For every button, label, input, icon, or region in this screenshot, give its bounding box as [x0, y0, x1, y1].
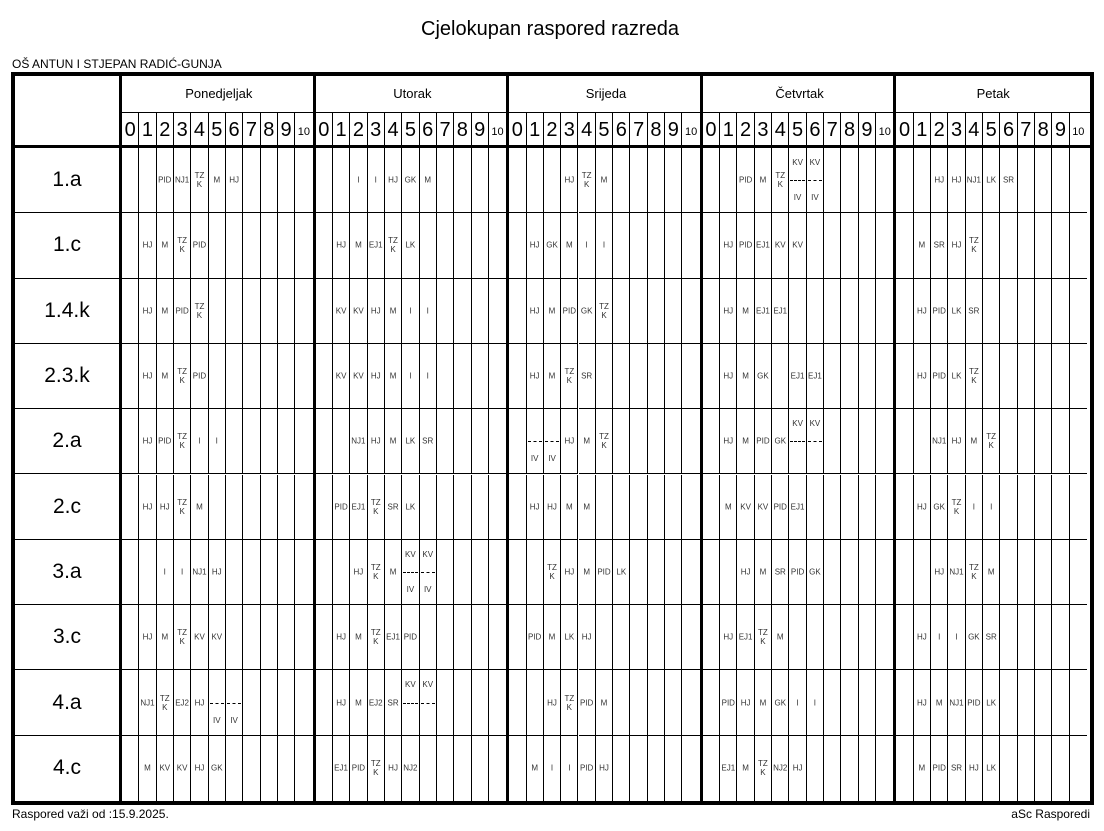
- lesson-cell[interactable]: [983, 213, 1000, 278]
- lesson-cell[interactable]: HJ: [966, 736, 983, 801]
- lesson-cell[interactable]: HJ: [914, 344, 931, 409]
- lesson-cell[interactable]: [859, 148, 876, 213]
- lesson-cell[interactable]: KV: [755, 475, 772, 540]
- lesson-cell[interactable]: [333, 148, 350, 213]
- lesson-cell[interactable]: TZ K: [174, 475, 191, 540]
- lesson-cell[interactable]: [489, 148, 506, 213]
- lesson-cell[interactable]: [243, 605, 260, 670]
- lesson-cell[interactable]: [454, 344, 471, 409]
- lesson-cell[interactable]: TZ K: [561, 670, 578, 735]
- lesson-cell[interactable]: [1052, 475, 1069, 540]
- lesson-cell[interactable]: NJ1: [948, 540, 965, 605]
- lesson-cell[interactable]: [316, 670, 333, 735]
- lesson-cell[interactable]: M: [561, 475, 578, 540]
- lesson-cell[interactable]: [1000, 736, 1017, 801]
- lesson-cell[interactable]: [316, 475, 333, 540]
- lesson-cell[interactable]: HJ: [737, 540, 754, 605]
- lesson-cell[interactable]: [859, 344, 876, 409]
- lesson-cell[interactable]: HJ: [368, 409, 385, 474]
- lesson-cell[interactable]: [527, 540, 544, 605]
- lesson-cell[interactable]: [1070, 213, 1087, 278]
- lesson-cell[interactable]: [896, 409, 913, 474]
- lesson-cell[interactable]: [122, 736, 139, 801]
- lesson-cell[interactable]: [665, 409, 682, 474]
- lesson-cell[interactable]: HJ: [720, 605, 737, 670]
- lesson-cell[interactable]: [278, 605, 295, 670]
- lesson-cell[interactable]: KV: [772, 213, 789, 278]
- lesson-cell[interactable]: PID: [579, 670, 596, 735]
- lesson-cell[interactable]: IV: [209, 670, 226, 735]
- lesson-cell[interactable]: [509, 409, 526, 474]
- lesson-cell[interactable]: [122, 213, 139, 278]
- lesson-cell[interactable]: [703, 736, 720, 801]
- lesson-cell[interactable]: [613, 475, 630, 540]
- lesson-cell[interactable]: EJ1: [368, 213, 385, 278]
- lesson-cell[interactable]: [648, 279, 665, 344]
- lesson-cell[interactable]: HJ: [157, 475, 174, 540]
- lesson-cell[interactable]: LK: [402, 213, 419, 278]
- lesson-cell[interactable]: [1070, 736, 1087, 801]
- lesson-cell[interactable]: [278, 475, 295, 540]
- lesson-cell[interactable]: [1018, 148, 1035, 213]
- lesson-cell[interactable]: [489, 670, 506, 735]
- lesson-cell[interactable]: [1035, 148, 1052, 213]
- lesson-cell[interactable]: [682, 409, 699, 474]
- lesson-cell[interactable]: [807, 605, 824, 670]
- lesson-cell[interactable]: [841, 736, 858, 801]
- lesson-cell[interactable]: [527, 670, 544, 735]
- lesson-cell[interactable]: [454, 475, 471, 540]
- lesson-cell[interactable]: [489, 344, 506, 409]
- lesson-cell[interactable]: [841, 475, 858, 540]
- lesson-cell[interactable]: [876, 344, 893, 409]
- lesson-cell[interactable]: TZ K: [772, 148, 789, 213]
- lesson-cell[interactable]: [278, 736, 295, 801]
- lesson-cell[interactable]: [648, 475, 665, 540]
- lesson-cell[interactable]: HJ: [333, 605, 350, 670]
- lesson-cell[interactable]: [243, 213, 260, 278]
- lesson-cell[interactable]: M: [596, 670, 613, 735]
- lesson-cell[interactable]: [648, 213, 665, 278]
- lesson-cell[interactable]: [261, 475, 278, 540]
- lesson-cell[interactable]: I: [561, 736, 578, 801]
- lesson-cell[interactable]: [596, 344, 613, 409]
- lesson-cell[interactable]: [243, 475, 260, 540]
- lesson-cell[interactable]: I: [931, 605, 948, 670]
- lesson-cell[interactable]: HJ: [385, 148, 402, 213]
- lesson-cell[interactable]: IV: [527, 409, 544, 474]
- lesson-cell[interactable]: [876, 148, 893, 213]
- lesson-cell[interactable]: [437, 736, 454, 801]
- lesson-cell[interactable]: [472, 475, 489, 540]
- lesson-cell[interactable]: [648, 344, 665, 409]
- lesson-cell[interactable]: [630, 475, 647, 540]
- lesson-cell[interactable]: [295, 409, 312, 474]
- lesson-cell[interactable]: HJ: [931, 148, 948, 213]
- lesson-cell[interactable]: TZ K: [368, 475, 385, 540]
- lesson-cell[interactable]: TZ K: [544, 540, 561, 605]
- lesson-cell[interactable]: [454, 540, 471, 605]
- lesson-cell[interactable]: [824, 344, 841, 409]
- lesson-cell[interactable]: [122, 344, 139, 409]
- lesson-cell[interactable]: NJ1: [948, 670, 965, 735]
- lesson-cell[interactable]: [261, 736, 278, 801]
- lesson-cell[interactable]: [896, 540, 913, 605]
- lesson-cell[interactable]: [226, 605, 243, 670]
- lesson-cell[interactable]: I: [350, 148, 367, 213]
- lesson-cell[interactable]: NJ2: [772, 736, 789, 801]
- lesson-cell[interactable]: TZ K: [385, 213, 402, 278]
- lesson-cell[interactable]: KV: [789, 409, 806, 474]
- lesson-cell[interactable]: [1035, 213, 1052, 278]
- lesson-cell[interactable]: [682, 670, 699, 735]
- lesson-cell[interactable]: PID: [191, 344, 208, 409]
- lesson-cell[interactable]: [1018, 344, 1035, 409]
- lesson-cell[interactable]: M: [544, 344, 561, 409]
- lesson-cell[interactable]: PID: [596, 540, 613, 605]
- lesson-cell[interactable]: [859, 213, 876, 278]
- lesson-cell[interactable]: [824, 475, 841, 540]
- lesson-cell[interactable]: TZ K: [596, 409, 613, 474]
- lesson-cell[interactable]: [278, 213, 295, 278]
- lesson-cell[interactable]: [703, 605, 720, 670]
- lesson-cell[interactable]: [596, 475, 613, 540]
- lesson-cell[interactable]: [824, 736, 841, 801]
- lesson-cell[interactable]: [316, 344, 333, 409]
- lesson-cell[interactable]: [316, 148, 333, 213]
- lesson-cell[interactable]: SR: [385, 475, 402, 540]
- lesson-cell[interactable]: [648, 148, 665, 213]
- lesson-cell[interactable]: [596, 605, 613, 670]
- lesson-cell[interactable]: [648, 670, 665, 735]
- lesson-cell[interactable]: EJ1: [772, 279, 789, 344]
- lesson-cell[interactable]: HJ: [333, 213, 350, 278]
- lesson-cell[interactable]: PID: [527, 605, 544, 670]
- lesson-cell[interactable]: HJ: [596, 736, 613, 801]
- lesson-cell[interactable]: [703, 279, 720, 344]
- lesson-cell[interactable]: [703, 213, 720, 278]
- lesson-cell[interactable]: HJ: [914, 475, 931, 540]
- lesson-cell[interactable]: [876, 736, 893, 801]
- lesson-cell[interactable]: TZ K: [157, 670, 174, 735]
- lesson-cell[interactable]: [824, 213, 841, 278]
- lesson-cell[interactable]: [278, 409, 295, 474]
- lesson-cell[interactable]: [1000, 475, 1017, 540]
- lesson-cell[interactable]: PID: [720, 670, 737, 735]
- lesson-cell[interactable]: M: [385, 540, 402, 605]
- lesson-cell[interactable]: [333, 409, 350, 474]
- lesson-cell[interactable]: EJ1: [755, 279, 772, 344]
- lesson-cell[interactable]: [295, 605, 312, 670]
- lesson-cell[interactable]: EJ1: [333, 736, 350, 801]
- lesson-cell[interactable]: EJ2: [368, 670, 385, 735]
- lesson-cell[interactable]: [243, 344, 260, 409]
- lesson-cell[interactable]: [1070, 409, 1087, 474]
- lesson-cell[interactable]: [665, 279, 682, 344]
- lesson-cell[interactable]: [226, 736, 243, 801]
- lesson-cell[interactable]: HJ: [948, 409, 965, 474]
- lesson-cell[interactable]: [613, 344, 630, 409]
- lesson-cell[interactable]: [1052, 279, 1069, 344]
- lesson-cell[interactable]: NJ1: [350, 409, 367, 474]
- lesson-cell[interactable]: M: [350, 213, 367, 278]
- lesson-cell[interactable]: I: [368, 148, 385, 213]
- lesson-cell[interactable]: [682, 540, 699, 605]
- lesson-cell[interactable]: [261, 344, 278, 409]
- lesson-cell[interactable]: SR: [948, 736, 965, 801]
- lesson-cell[interactable]: [122, 409, 139, 474]
- lesson-cell[interactable]: [859, 670, 876, 735]
- lesson-cell[interactable]: [665, 148, 682, 213]
- lesson-cell[interactable]: [613, 605, 630, 670]
- lesson-cell[interactable]: LK: [983, 148, 1000, 213]
- lesson-cell[interactable]: [841, 605, 858, 670]
- lesson-cell[interactable]: [824, 409, 841, 474]
- lesson-cell[interactable]: [665, 540, 682, 605]
- lesson-cell[interactable]: [454, 148, 471, 213]
- lesson-cell[interactable]: [437, 670, 454, 735]
- lesson-cell[interactable]: [1000, 344, 1017, 409]
- lesson-cell[interactable]: M: [737, 344, 754, 409]
- lesson-cell[interactable]: [295, 475, 312, 540]
- lesson-cell[interactable]: I: [209, 409, 226, 474]
- lesson-cell[interactable]: [295, 279, 312, 344]
- lesson-cell[interactable]: [472, 605, 489, 670]
- lesson-cell[interactable]: HJ: [948, 213, 965, 278]
- lesson-cell[interactable]: [1000, 605, 1017, 670]
- lesson-cell[interactable]: [1018, 475, 1035, 540]
- lesson-cell[interactable]: HJ: [931, 540, 948, 605]
- lesson-cell[interactable]: [876, 540, 893, 605]
- lesson-cell[interactable]: [226, 213, 243, 278]
- lesson-cell[interactable]: I: [402, 279, 419, 344]
- lesson-cell[interactable]: [1018, 736, 1035, 801]
- lesson-cell[interactable]: M: [755, 670, 772, 735]
- lesson-cell[interactable]: I: [157, 540, 174, 605]
- lesson-cell[interactable]: [295, 148, 312, 213]
- lesson-cell[interactable]: HJ: [737, 670, 754, 735]
- lesson-cell[interactable]: M: [772, 605, 789, 670]
- lesson-cell[interactable]: GK: [966, 605, 983, 670]
- lesson-cell[interactable]: [278, 670, 295, 735]
- lesson-cell[interactable]: I: [174, 540, 191, 605]
- lesson-cell[interactable]: TZ K: [755, 736, 772, 801]
- lesson-cell[interactable]: [841, 409, 858, 474]
- lesson-cell[interactable]: LK: [948, 344, 965, 409]
- lesson-cell[interactable]: PID: [333, 475, 350, 540]
- lesson-cell[interactable]: [1052, 605, 1069, 670]
- lesson-cell[interactable]: I: [596, 213, 613, 278]
- lesson-cell[interactable]: HJ: [226, 148, 243, 213]
- lesson-cell[interactable]: [509, 213, 526, 278]
- lesson-cell[interactable]: [472, 670, 489, 735]
- lesson-cell[interactable]: [1052, 344, 1069, 409]
- lesson-cell[interactable]: [630, 148, 647, 213]
- lesson-cell[interactable]: TZ K: [561, 344, 578, 409]
- lesson-cell[interactable]: TZ K: [174, 605, 191, 670]
- lesson-cell[interactable]: [703, 409, 720, 474]
- lesson-cell[interactable]: KVIV: [807, 148, 824, 213]
- lesson-cell[interactable]: [122, 605, 139, 670]
- lesson-cell[interactable]: HJ: [368, 344, 385, 409]
- lesson-cell[interactable]: LK: [613, 540, 630, 605]
- lesson-cell[interactable]: I: [420, 279, 437, 344]
- lesson-cell[interactable]: [648, 736, 665, 801]
- lesson-cell[interactable]: HJ: [139, 344, 156, 409]
- lesson-cell[interactable]: [544, 148, 561, 213]
- lesson-cell[interactable]: [630, 344, 647, 409]
- lesson-cell[interactable]: [278, 540, 295, 605]
- lesson-cell[interactable]: LK: [561, 605, 578, 670]
- lesson-cell[interactable]: [1052, 213, 1069, 278]
- lesson-cell[interactable]: [261, 409, 278, 474]
- lesson-cell[interactable]: [1000, 409, 1017, 474]
- lesson-cell[interactable]: [243, 670, 260, 735]
- lesson-cell[interactable]: [1070, 670, 1087, 735]
- lesson-cell[interactable]: [1070, 475, 1087, 540]
- lesson-cell[interactable]: [613, 148, 630, 213]
- lesson-cell[interactable]: LK: [983, 736, 1000, 801]
- lesson-cell[interactable]: M: [350, 605, 367, 670]
- lesson-cell[interactable]: [454, 409, 471, 474]
- lesson-cell[interactable]: [876, 475, 893, 540]
- lesson-cell[interactable]: HJ: [385, 736, 402, 801]
- lesson-cell[interactable]: HJ: [544, 670, 561, 735]
- lesson-cell[interactable]: LK: [402, 475, 419, 540]
- lesson-cell[interactable]: [648, 540, 665, 605]
- lesson-cell[interactable]: [682, 344, 699, 409]
- lesson-cell[interactable]: I: [983, 475, 1000, 540]
- lesson-cell[interactable]: IV: [226, 670, 243, 735]
- lesson-cell[interactable]: [420, 736, 437, 801]
- lesson-cell[interactable]: HJ: [720, 409, 737, 474]
- lesson-cell[interactable]: [1018, 540, 1035, 605]
- lesson-cell[interactable]: [789, 279, 806, 344]
- lesson-cell[interactable]: HJ: [544, 475, 561, 540]
- lesson-cell[interactable]: [876, 605, 893, 670]
- lesson-cell[interactable]: [226, 540, 243, 605]
- lesson-cell[interactable]: TZ K: [368, 605, 385, 670]
- lesson-cell[interactable]: M: [385, 344, 402, 409]
- lesson-cell[interactable]: [489, 213, 506, 278]
- lesson-cell[interactable]: HJ: [191, 736, 208, 801]
- lesson-cell[interactable]: [1035, 540, 1052, 605]
- lesson-cell[interactable]: [1052, 540, 1069, 605]
- lesson-cell[interactable]: [1018, 213, 1035, 278]
- lesson-cell[interactable]: NJ1: [931, 409, 948, 474]
- lesson-cell[interactable]: [1052, 670, 1069, 735]
- lesson-cell[interactable]: SR: [385, 670, 402, 735]
- lesson-cell[interactable]: TZ K: [755, 605, 772, 670]
- lesson-cell[interactable]: HJ: [527, 279, 544, 344]
- lesson-cell[interactable]: PID: [931, 736, 948, 801]
- lesson-cell[interactable]: [665, 344, 682, 409]
- lesson-cell[interactable]: [122, 148, 139, 213]
- lesson-cell[interactable]: [1035, 605, 1052, 670]
- lesson-cell[interactable]: M: [737, 736, 754, 801]
- lesson-cell[interactable]: LK: [948, 279, 965, 344]
- lesson-cell[interactable]: [333, 540, 350, 605]
- lesson-cell[interactable]: KVIV: [420, 540, 437, 605]
- lesson-cell[interactable]: GK: [544, 213, 561, 278]
- lesson-cell[interactable]: [316, 409, 333, 474]
- lesson-cell[interactable]: [841, 670, 858, 735]
- lesson-cell[interactable]: [437, 279, 454, 344]
- lesson-cell[interactable]: [648, 605, 665, 670]
- lesson-cell[interactable]: [243, 148, 260, 213]
- lesson-cell[interactable]: [437, 540, 454, 605]
- lesson-cell[interactable]: [703, 670, 720, 735]
- lesson-cell[interactable]: M: [385, 279, 402, 344]
- lesson-cell[interactable]: I: [948, 605, 965, 670]
- lesson-cell[interactable]: [278, 344, 295, 409]
- lesson-cell[interactable]: [243, 279, 260, 344]
- lesson-cell[interactable]: GK: [772, 670, 789, 735]
- lesson-cell[interactable]: [209, 279, 226, 344]
- lesson-cell[interactable]: [295, 540, 312, 605]
- lesson-cell[interactable]: M: [157, 279, 174, 344]
- lesson-cell[interactable]: [703, 344, 720, 409]
- lesson-cell[interactable]: [896, 605, 913, 670]
- lesson-cell[interactable]: HJ: [527, 213, 544, 278]
- lesson-cell[interactable]: HJ: [527, 344, 544, 409]
- lesson-cell[interactable]: TZ K: [191, 148, 208, 213]
- lesson-cell[interactable]: EJ1: [755, 213, 772, 278]
- lesson-cell[interactable]: [295, 344, 312, 409]
- lesson-cell[interactable]: [1070, 540, 1087, 605]
- lesson-cell[interactable]: [489, 279, 506, 344]
- lesson-cell[interactable]: [316, 540, 333, 605]
- lesson-cell[interactable]: PID: [737, 213, 754, 278]
- lesson-cell[interactable]: GK: [755, 344, 772, 409]
- lesson-cell[interactable]: [316, 213, 333, 278]
- lesson-cell[interactable]: KV: [807, 409, 824, 474]
- lesson-cell[interactable]: [316, 605, 333, 670]
- lesson-cell[interactable]: [613, 670, 630, 735]
- lesson-cell[interactable]: [437, 148, 454, 213]
- lesson-cell[interactable]: I: [807, 670, 824, 735]
- lesson-cell[interactable]: [1052, 736, 1069, 801]
- lesson-cell[interactable]: KV: [737, 475, 754, 540]
- lesson-cell[interactable]: [454, 605, 471, 670]
- lesson-cell[interactable]: [859, 736, 876, 801]
- lesson-cell[interactable]: HJ: [914, 605, 931, 670]
- lesson-cell[interactable]: [613, 279, 630, 344]
- lesson-cell[interactable]: [859, 279, 876, 344]
- lesson-cell[interactable]: HJ: [720, 213, 737, 278]
- lesson-cell[interactable]: [226, 279, 243, 344]
- lesson-cell[interactable]: [261, 213, 278, 278]
- lesson-cell[interactable]: [703, 148, 720, 213]
- lesson-cell[interactable]: GK: [209, 736, 226, 801]
- lesson-cell[interactable]: M: [720, 475, 737, 540]
- lesson-cell[interactable]: I: [420, 344, 437, 409]
- lesson-cell[interactable]: [720, 540, 737, 605]
- lesson-cell[interactable]: [807, 736, 824, 801]
- lesson-cell[interactable]: M: [561, 213, 578, 278]
- lesson-cell[interactable]: [682, 605, 699, 670]
- lesson-cell[interactable]: [896, 736, 913, 801]
- lesson-cell[interactable]: LK: [983, 670, 1000, 735]
- lesson-cell[interactable]: TZ K: [191, 279, 208, 344]
- lesson-cell[interactable]: [824, 540, 841, 605]
- lesson-cell[interactable]: [122, 670, 139, 735]
- lesson-cell[interactable]: [509, 279, 526, 344]
- lesson-cell[interactable]: I: [544, 736, 561, 801]
- lesson-cell[interactable]: PID: [402, 605, 419, 670]
- lesson-cell[interactable]: I: [402, 344, 419, 409]
- lesson-cell[interactable]: [472, 736, 489, 801]
